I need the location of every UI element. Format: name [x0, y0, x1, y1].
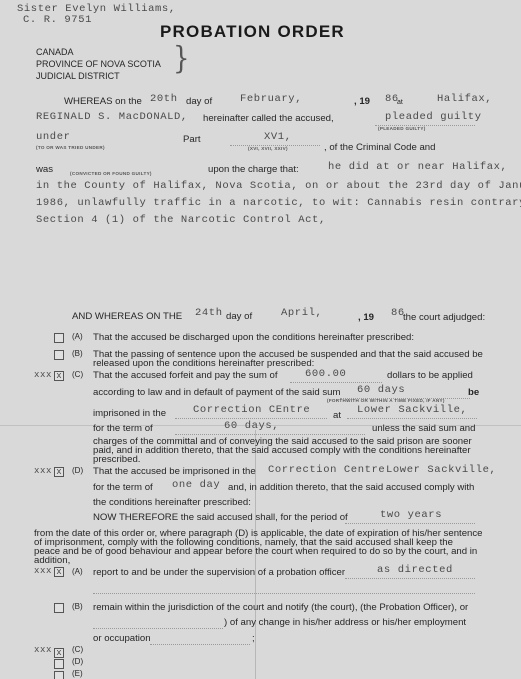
- accused-name-field[interactable]: REGINALD S. MacDONALD,: [36, 111, 188, 123]
- charge-line-1[interactable]: he did at or near Halifax,: [328, 161, 507, 173]
- case-number: C. R. 9751: [23, 14, 92, 26]
- convicted-caption: (CONVICTED OR FOUND GUILTY): [70, 171, 152, 176]
- charge-line-3[interactable]: 1986, unlawfully traffic in a narcotic, …: [36, 197, 521, 209]
- adjudged-day-field[interactable]: 24th: [195, 307, 223, 319]
- probation-period-field[interactable]: two years: [380, 509, 442, 521]
- adjudged-month-field[interactable]: April,: [281, 307, 322, 319]
- sentence-a-text: That the accused be discharged upon the …: [93, 332, 414, 343]
- condition-b-text-1: remain within the jurisdiction of the co…: [93, 602, 468, 613]
- imprisoned-in-label: imprisoned in the: [93, 408, 166, 419]
- sentence-a-checkbox[interactable]: [54, 333, 64, 343]
- condition-b-blank-underline[interactable]: [93, 627, 223, 629]
- sentence-b-checkbox[interactable]: [54, 350, 64, 360]
- sentence-c-text-5: paid, and in addition thereto, that the …: [93, 445, 471, 456]
- condition-b-label: (B): [72, 602, 83, 611]
- condition-d-label: (D): [72, 657, 83, 666]
- jurisdiction-province: PROVINCE OF NOVA SCOTIA: [36, 59, 161, 71]
- d-term-field[interactable]: one day: [172, 479, 220, 491]
- term-label-c: for the term of: [93, 423, 153, 434]
- d-term-label: for the term of: [93, 482, 153, 493]
- condition-a-text: report to and be under the supervision o…: [93, 567, 345, 578]
- condition-c-checkbox[interactable]: x: [54, 648, 64, 658]
- condition-a-value-field[interactable]: as directed: [377, 564, 453, 576]
- condition-e-checkbox[interactable]: [54, 671, 64, 679]
- sentence-c-text-1b: dollars to be applied: [387, 370, 473, 381]
- now-therefore-para-3: peace and be of good behaviour and appea…: [34, 546, 477, 557]
- condition-c-label: (C): [72, 645, 83, 654]
- adjudged-year-prefix: , 19: [358, 312, 374, 323]
- was-label: was: [36, 164, 53, 175]
- d-text-2b: and, in addition thereto, that the said …: [228, 482, 474, 493]
- period-underline: [345, 522, 475, 524]
- sentence-d-label: (D): [72, 466, 83, 475]
- sentence-c-checkbox[interactable]: x: [54, 371, 64, 381]
- sentence-a-label: (A): [72, 332, 83, 341]
- d-institution-field[interactable]: Correction Centre: [268, 464, 385, 476]
- hereinafter-label: hereinafter called the accused,: [203, 113, 334, 124]
- sentence-c-be: be: [468, 387, 479, 398]
- tried-under-caption: (TO OR WAS TRIED UNDER): [36, 145, 105, 150]
- condition-a-blank-line: [93, 592, 475, 594]
- sentence-b-text-2: released upon the conditions hereinafter…: [93, 358, 314, 369]
- condition-c-mark: xxx: [34, 645, 52, 655]
- sentence-c-text-6: prescribed.: [93, 454, 140, 465]
- hearing-month-field[interactable]: February,: [240, 93, 302, 105]
- sentence-d-checkbox[interactable]: x: [54, 467, 64, 477]
- location-field[interactable]: Lower Sackville,: [357, 404, 467, 416]
- adjudged-day-of-label: day of: [226, 311, 252, 322]
- plea-field[interactable]: pleaded guilty: [385, 111, 482, 123]
- page-title: PROBATION ORDER: [160, 22, 345, 42]
- plea-caption: (PLEADED GUILTY): [378, 126, 426, 131]
- sentence-c-label: (C): [72, 370, 83, 379]
- part-caption: (XVI, XVII, XXIV): [248, 146, 288, 151]
- at-label: at: [397, 99, 403, 106]
- part-field[interactable]: XV1,: [264, 131, 292, 143]
- d-location-field[interactable]: Lower Sackville,: [386, 464, 496, 476]
- condition-b-checkbox[interactable]: [54, 603, 64, 613]
- hearing-day-field[interactable]: 20th: [150, 93, 178, 105]
- sentence-d-text-1: That the accused be imprisoned in the: [93, 466, 256, 477]
- part-label: Part: [183, 134, 201, 145]
- charge-line-2[interactable]: in the County of Halifax, Nova Scotia, o…: [36, 180, 521, 192]
- condition-b-text-3: or occupation: [93, 633, 151, 644]
- sentence-c-text-2: according to law and in default of payme…: [93, 387, 340, 398]
- d-text-3: the conditions hereinafter prescribed:: [93, 497, 251, 508]
- condition-a-mark: xxx: [34, 566, 52, 576]
- criminal-code-label: , of the Criminal Code and: [324, 142, 435, 153]
- year-prefix: , 19: [354, 96, 370, 107]
- charge-label: upon the charge that:: [208, 164, 299, 175]
- at-label-c: at: [333, 410, 341, 421]
- fine-underline: [290, 381, 382, 383]
- default-caption: (FORTHWITH OR WITHIN A TIME FIXED, IF AN…: [327, 398, 445, 403]
- sentence-c-text-1: That the accused forfeit and pay the sum…: [93, 370, 278, 381]
- jurisdiction-district: JUDICIAL DISTRICT: [36, 71, 120, 83]
- sentence-b-label: (B): [72, 349, 83, 358]
- whereas-label: WHEREAS on the: [64, 96, 142, 107]
- unless-label: unless the said sum and: [372, 423, 475, 434]
- institution-field[interactable]: Correction CEntre: [193, 404, 310, 416]
- default-term-field[interactable]: 60 days: [357, 384, 405, 396]
- condition-b-text-2: ) of any change in his/her address or hi…: [224, 617, 466, 628]
- sentence-c-mark: xxx: [34, 370, 52, 380]
- charge-line-4[interactable]: Section 4 (1) of the Narcotic Control Ac…: [36, 214, 326, 226]
- court-adjudged-label: the court adjudged:: [403, 312, 485, 323]
- condition-a-underline: [345, 577, 475, 579]
- institution-underline: [175, 417, 327, 419]
- condition-a-label: (A): [72, 567, 83, 576]
- fine-amount-field[interactable]: 600.00: [305, 368, 346, 380]
- condition-b-semicolon: ;: [252, 633, 255, 644]
- now-therefore-para-4: addition,: [34, 555, 70, 566]
- condition-e-label: (E): [72, 669, 83, 678]
- condition-a-checkbox[interactable]: x: [54, 567, 64, 577]
- day-of-label: day of: [186, 96, 212, 107]
- occupation-underline[interactable]: [150, 643, 250, 645]
- term-underline-c: [175, 433, 365, 435]
- jurisdiction-canada: CANADA: [36, 47, 74, 59]
- term-field-c[interactable]: 60 days,: [224, 420, 279, 432]
- now-therefore-text: NOW THEREFORE the said accused shall, fo…: [93, 512, 348, 523]
- brace-icon: }: [173, 41, 190, 77]
- condition-d-checkbox[interactable]: [54, 659, 64, 669]
- and-whereas-label: AND WHEREAS ON THE: [72, 311, 182, 322]
- sentence-d-mark: xxx: [34, 466, 52, 476]
- hearing-place-field[interactable]: Halifax,: [437, 93, 492, 105]
- location-underline: [347, 417, 477, 419]
- tried-under-field[interactable]: under: [36, 131, 71, 143]
